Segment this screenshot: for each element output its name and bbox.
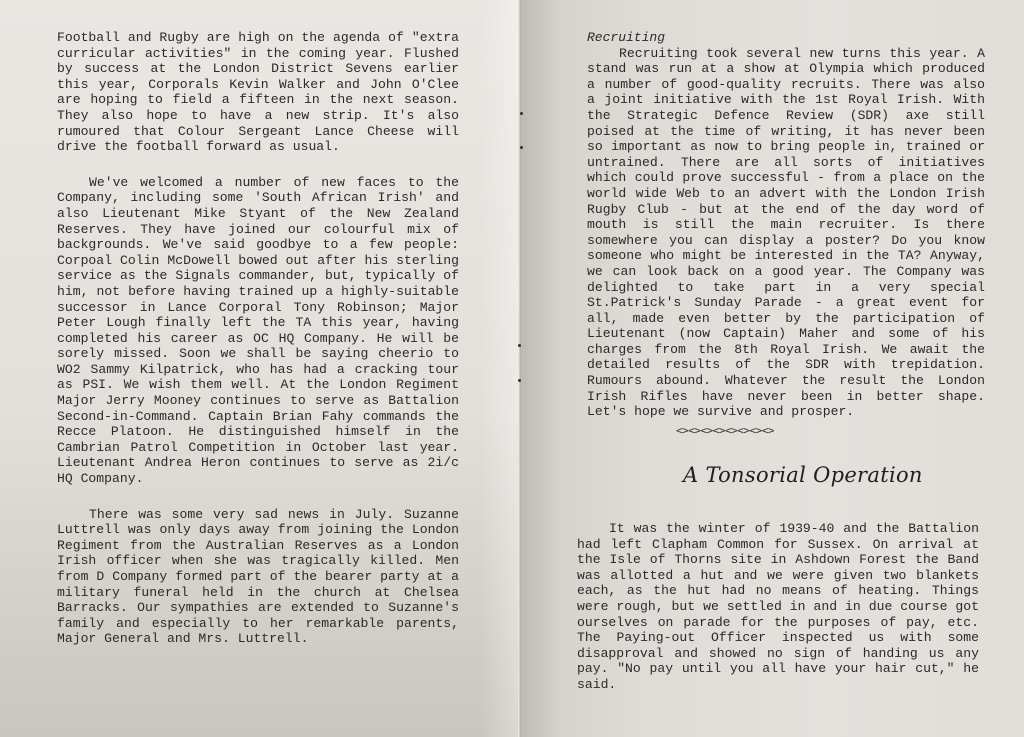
book-spine xyxy=(518,0,521,737)
left-page: Football and Rugby are high on the agend… xyxy=(0,0,520,737)
staple-mark xyxy=(518,379,521,382)
paragraph-tonsorial: It was the winter of 1939-40 and the Bat… xyxy=(577,521,979,693)
recruiting-section: Recruiting Recruiting took several new t… xyxy=(587,30,985,420)
staple-mark xyxy=(518,344,521,347)
staple-mark xyxy=(520,146,523,149)
paragraph-sports: Football and Rugby are high on the agend… xyxy=(57,30,459,155)
staple-mark xyxy=(520,112,523,115)
paragraph-personnel: We've welcomed a number of new faces to … xyxy=(57,175,459,487)
tonsorial-article: It was the winter of 1939-40 and the Bat… xyxy=(577,521,979,693)
section-heading-recruiting: Recruiting xyxy=(587,30,985,46)
paragraph-recruiting: Recruiting took several new turns this y… xyxy=(587,46,985,420)
left-page-text: Football and Rugby are high on the agend… xyxy=(57,30,459,647)
paragraph-sad-news: There was some very sad news in July. Su… xyxy=(57,507,459,647)
ornamental-divider: <><><><><><><><> xyxy=(676,424,774,437)
article-title: A Tonsorial Operation xyxy=(683,463,923,487)
booklet-spread: Football and Rugby are high on the agend… xyxy=(0,0,1024,737)
